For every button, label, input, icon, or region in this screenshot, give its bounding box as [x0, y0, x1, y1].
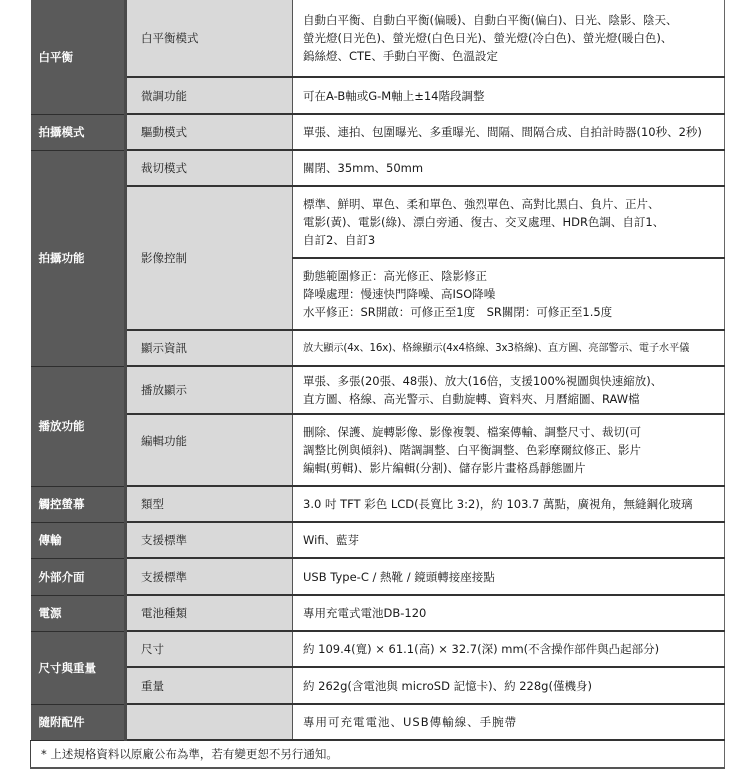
category-white-balance: 白平衡 [31, 0, 126, 114]
value-drive: 單張、連拍、包圍曝光、多重曝光、間隔、間隔合成、自拍計時器(10秒、2秒) [293, 114, 725, 150]
category-shooting-mode: 拍攝模式 [31, 114, 126, 150]
label-transfer: 支援標準 [126, 522, 293, 558]
table-row-crop: 拍攝功能 裁切模式 關閉、35mm、50mm [31, 150, 725, 186]
table-row-display-info: 顯示資訊 放大顯示(4x、16x)、格線顯示(4x4格線、3x3格線)、直方圖、… [31, 330, 725, 366]
table-row-wb-mode: 白平衡 白平衡模式 自動白平衡、自動白平衡(偏暖)、自動白平衡(偏白)、日光、陰… [31, 0, 725, 77]
label-interface: 支援標準 [126, 558, 293, 595]
value-image-control-corrections: 動態範圍修正：高光修正、陰影修正 降噪處理：慢速快門降噪、高ISO降噪 水平修正… [293, 258, 725, 330]
table-row-touch: 觸控螢幕 類型 3.0 吋 TFT 彩色 LCD(長寬比 3:2)，約 103.… [31, 486, 725, 522]
label-power: 電池種類 [126, 595, 293, 631]
value-edit: 刪除、保護、旋轉影像、影像複製、檔案傳輸、調整尺寸、裁切(可 調整比例與傾斜)、… [293, 414, 725, 486]
label-display-info: 顯示資訊 [126, 330, 293, 366]
value-size: 約 109.4(寬) × 61.1(高) × 32.7(深) mm(不含操作部件… [293, 631, 725, 667]
spec-table: 白平衡 白平衡模式 自動白平衡、自動白平衡(偏暖)、自動白平衡(偏白)、日光、陰… [30, 0, 725, 769]
table-row-image-control-1: 影像控制 標準、鮮明、單色、柔和單色、強烈單色、高對比黑白、負片、正片、 電影(… [31, 186, 725, 258]
value-wb-mode: 自動白平衡、自動白平衡(偏暖)、自動白平衡(偏白)、日光、陰影、陰天、 螢光燈(… [293, 0, 725, 77]
value-image-control-styles: 標準、鮮明、單色、柔和單色、強烈單色、高對比黑白、負片、正片、 電影(黃)、電影… [293, 186, 725, 258]
table-row-drive: 拍攝模式 驅動模式 單張、連拍、包圍曝光、多重曝光、間隔、間隔合成、自拍計時器(… [31, 114, 725, 150]
value-crop: 關閉、35mm、50mm [293, 150, 725, 186]
table-row-power: 電源 電池種類 專用充電式電池DB-120 [31, 595, 725, 631]
value-touch: 3.0 吋 TFT 彩色 LCD(長寬比 3:2)，約 103.7 萬點，廣視角… [293, 486, 725, 522]
table-row-footer: * 上述規格資料以原廠公布為準，若有變更恕不另行通知。 [31, 740, 725, 768]
label-image-control: 影像控制 [126, 186, 293, 330]
label-playback-display: 播放顯示 [126, 366, 293, 414]
label-size: 尺寸 [126, 631, 293, 667]
label-weight: 重量 [126, 667, 293, 704]
category-power: 電源 [31, 595, 126, 631]
category-playback-functions: 播放功能 [31, 366, 126, 486]
value-wb-fine: 可在A-B軸或G-M軸上±14階段調整 [293, 77, 725, 114]
table-row-accessories: 隨附配件 專用可充電電池、USB傳輸線、手腕帶 [31, 704, 725, 740]
label-wb-mode: 白平衡模式 [126, 0, 293, 77]
table-row-edit: 編輯功能 刪除、保護、旋轉影像、影像複製、檔案傳輸、調整尺寸、裁切(可 調整比例… [31, 414, 725, 486]
table-row-transfer: 傳輸 支援標準 Wifi、藍芽 [31, 522, 725, 558]
table-row-interface: 外部介面 支援標準 USB Type-C / 熱靴 / 鏡頭轉接座接點 [31, 558, 725, 595]
value-weight: 約 262g(含電池與 microSD 記憶卡)、約 228g(僅機身) [293, 667, 725, 704]
label-drive: 驅動模式 [126, 114, 293, 150]
value-interface: USB Type-C / 熱靴 / 鏡頭轉接座接點 [293, 558, 725, 595]
label-wb-fine: 微調功能 [126, 77, 293, 114]
table-row-wb-fine: 微調功能 可在A-B軸或G-M軸上±14階段調整 [31, 77, 725, 114]
value-accessories: 專用可充電電池、USB傳輸線、手腕帶 [293, 704, 725, 740]
table-row-size: 尺寸與重量 尺寸 約 109.4(寬) × 61.1(高) × 32.7(深) … [31, 631, 725, 667]
label-accessories [126, 704, 293, 740]
value-power: 專用充電式電池DB-120 [293, 595, 725, 631]
label-edit: 編輯功能 [126, 414, 293, 486]
category-interface: 外部介面 [31, 558, 126, 595]
table-row-weight: 重量 約 262g(含電池與 microSD 記憶卡)、約 228g(僅機身) [31, 667, 725, 704]
table-row-playback-display: 播放功能 播放顯示 單張、多張(20張、48張)、放大(16倍，支援100%視圖… [31, 366, 725, 414]
label-touch: 類型 [126, 486, 293, 522]
value-transfer: Wifi、藍芽 [293, 522, 725, 558]
footer-note: * 上述規格資料以原廠公布為準，若有變更恕不另行通知。 [31, 740, 725, 768]
value-display-info: 放大顯示(4x、16x)、格線顯示(4x4格線、3x3格線)、直方圖、亮部警示、… [293, 330, 725, 366]
category-size-weight: 尺寸與重量 [31, 631, 126, 704]
value-playback-display: 單張、多張(20張、48張)、放大(16倍，支援100%視圖與快速縮放)、 直方… [293, 366, 725, 414]
label-crop: 裁切模式 [126, 150, 293, 186]
category-touchscreen: 觸控螢幕 [31, 486, 126, 522]
category-transfer: 傳輸 [31, 522, 126, 558]
category-shooting-functions: 拍攝功能 [31, 150, 126, 366]
category-accessories: 隨附配件 [31, 704, 126, 740]
